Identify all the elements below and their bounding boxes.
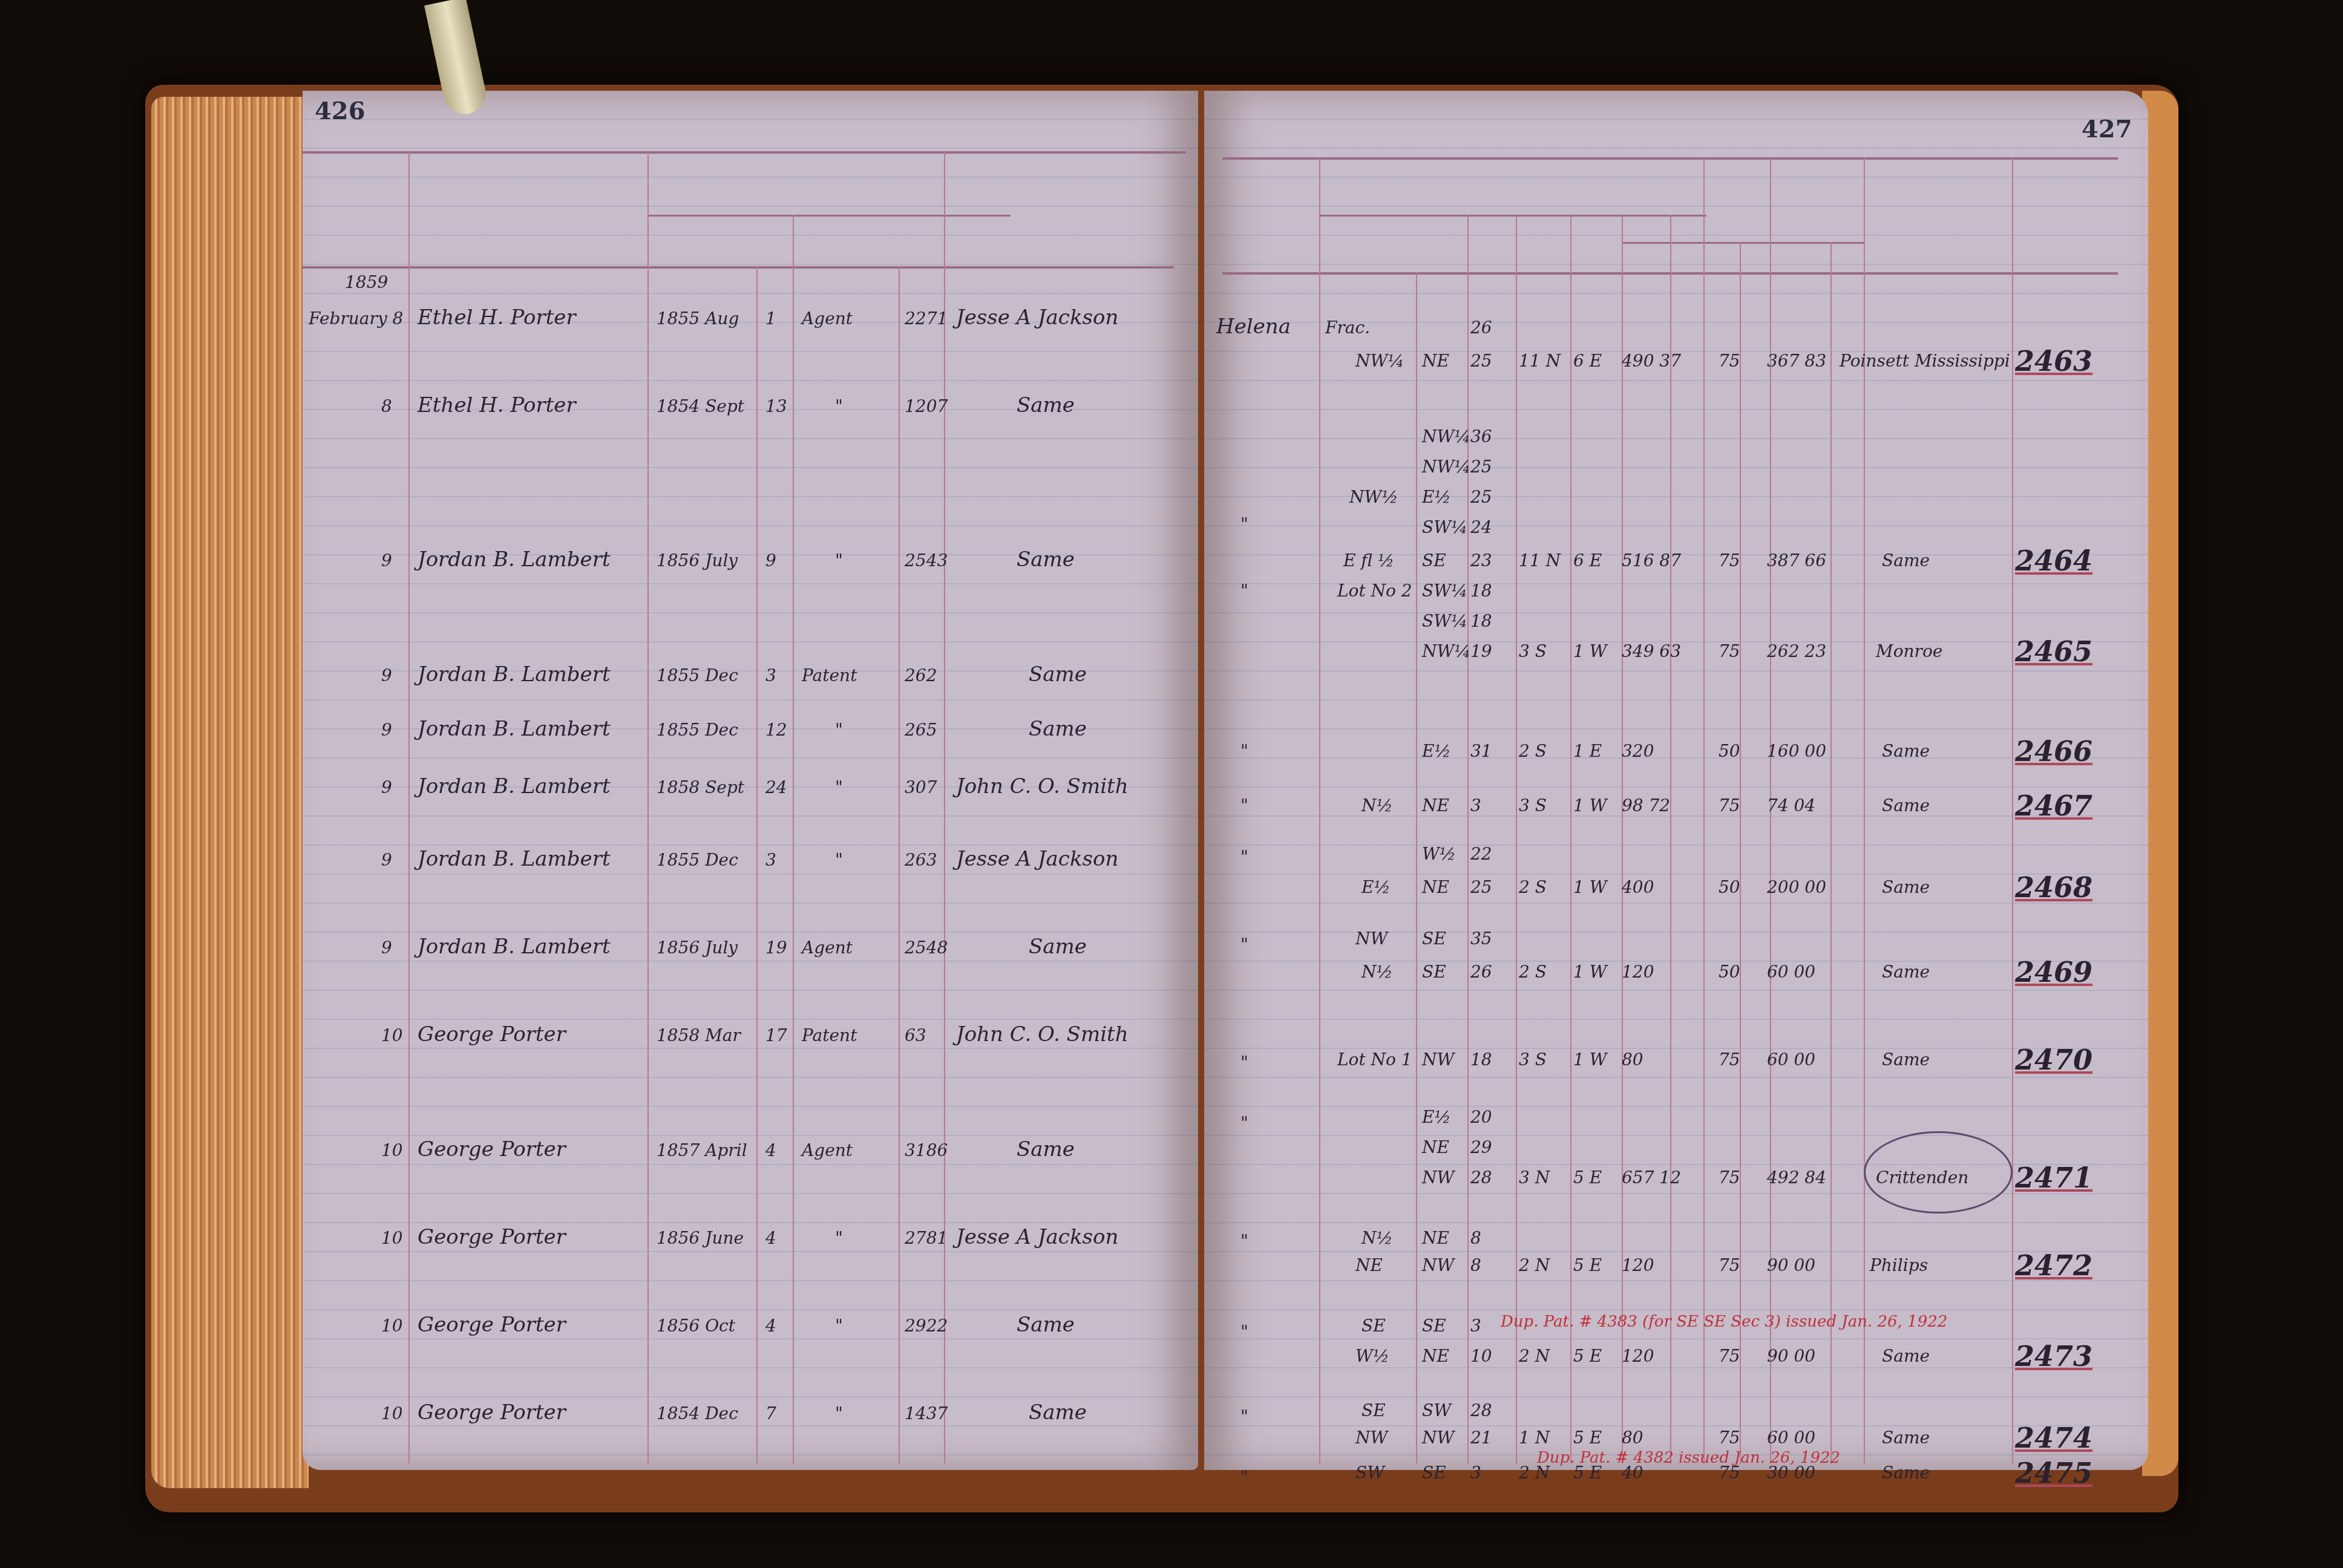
- witness: Same: [1029, 1400, 1087, 1425]
- column-rule: [1670, 215, 1671, 1464]
- quarter: SW¼: [1422, 611, 1467, 631]
- part: E fl ½: [1343, 550, 1394, 570]
- tract-number: 2475: [2015, 1457, 2092, 1489]
- quarter: NE: [1422, 877, 1449, 897]
- quarter: NW¼: [1422, 457, 1470, 477]
- section: 8: [1470, 1255, 1481, 1275]
- entry-by: ": [835, 550, 843, 570]
- entry-date: 10: [381, 1228, 403, 1248]
- section: 18: [1470, 581, 1492, 601]
- right-page: 427 Helena Frac. 26 NW¼ NE 25 11 N 6 E 4…: [1204, 91, 2148, 1470]
- acres: 657 12: [1622, 1168, 1681, 1187]
- rate: 75: [1719, 1050, 1740, 1070]
- entry-date: 9: [381, 550, 392, 570]
- entry-year-month: 1856 July: [657, 938, 738, 958]
- township: 3 N: [1519, 1168, 1550, 1187]
- entry-day: 19: [765, 938, 787, 958]
- part: Lot No 1: [1337, 1050, 1412, 1070]
- section: 3: [1470, 1463, 1481, 1483]
- entry-number: 2781: [905, 1228, 948, 1248]
- witness: John C. O. Smith: [956, 774, 1129, 799]
- quarter: NE: [1422, 1346, 1449, 1366]
- land-office: ": [1240, 1467, 1248, 1487]
- entry-year-month: 1858 Sept: [657, 777, 744, 797]
- entry-date: February 8: [309, 309, 403, 328]
- entry-day: 17: [765, 1025, 787, 1045]
- witness: Same: [1017, 1313, 1075, 1337]
- tract-number: 2467: [2015, 789, 2092, 822]
- quarter: NE: [1422, 1228, 1449, 1248]
- county: Monroe: [1876, 641, 1942, 661]
- tract-number: 2472: [2015, 1249, 2092, 1282]
- part: NW¼: [1355, 351, 1404, 371]
- section: 20: [1470, 1107, 1492, 1127]
- part: SE: [1362, 1316, 1386, 1336]
- quarter: SE: [1422, 1316, 1446, 1336]
- entry-date: 9: [381, 720, 392, 740]
- quarter: NE: [1422, 795, 1449, 815]
- quarter: SW¼: [1422, 581, 1467, 601]
- acres: 120: [1622, 1255, 1654, 1275]
- range: 6 E: [1573, 550, 1602, 570]
- entry-date: 9: [381, 777, 392, 797]
- part: NW½: [1349, 487, 1398, 507]
- tract-number: 2463: [2015, 345, 2092, 377]
- section: 24: [1470, 517, 1492, 537]
- section: 25: [1470, 877, 1492, 897]
- quarter: NW: [1422, 1428, 1454, 1448]
- quarter: NW: [1422, 1168, 1454, 1187]
- county: Same: [1882, 1463, 1930, 1483]
- entry-day: 3: [765, 665, 776, 685]
- entry-by: ": [835, 396, 843, 416]
- entry-number: 307: [905, 777, 937, 797]
- header-rule-top: [1222, 157, 2118, 160]
- column-rule: [1319, 157, 1320, 1464]
- part: N½: [1362, 795, 1393, 815]
- land-office: ": [1240, 795, 1248, 815]
- column-rule: [1570, 215, 1571, 1464]
- column-rule: [1467, 215, 1469, 1464]
- acres: 80: [1622, 1428, 1643, 1448]
- witness: Jesse A Jackson: [956, 847, 1118, 871]
- amount: 200 00: [1767, 877, 1826, 897]
- entrant-name: Ethel H. Porter: [418, 305, 576, 330]
- quarter: E½: [1422, 1107, 1451, 1127]
- section: 28: [1470, 1400, 1492, 1420]
- rate: 75: [1719, 550, 1740, 570]
- quarter: NW¼: [1422, 641, 1470, 661]
- section: 28: [1470, 1168, 1492, 1187]
- quarter: SE: [1422, 1463, 1446, 1483]
- amount: 387 66: [1767, 550, 1826, 570]
- township: 2 S: [1519, 877, 1547, 897]
- amount: 492 84: [1767, 1168, 1826, 1187]
- amount: 60 00: [1767, 1428, 1815, 1448]
- quarter: NW: [1422, 1050, 1454, 1070]
- township: 2 S: [1519, 741, 1547, 761]
- header-rule-top: [303, 151, 1186, 154]
- range: 1 W: [1573, 1050, 1607, 1070]
- red-annotation: Dup. Pat. # 4383 (for SE SE Sec 3) issue…: [1501, 1313, 1947, 1331]
- quarter: SW¼: [1422, 517, 1467, 537]
- county: Crittenden: [1876, 1168, 1968, 1187]
- header-rule-mid: [1319, 215, 1706, 217]
- entry-by: Agent: [802, 1140, 853, 1160]
- left-page: 426 1859 February 8 Ethel H. Porter 1855…: [303, 91, 1198, 1470]
- entrant-name: Jordan B. Lambert: [418, 662, 611, 687]
- entry-by: Agent: [802, 938, 853, 958]
- witness: Same: [1029, 662, 1087, 687]
- part: NE: [1355, 1255, 1383, 1275]
- entry-number: 265: [905, 720, 937, 740]
- quarter: NE: [1422, 351, 1449, 371]
- section: 31: [1470, 741, 1492, 761]
- column-rule: [408, 151, 410, 1464]
- amount: 262 23: [1767, 641, 1826, 661]
- quarter: SE: [1422, 962, 1446, 982]
- year-heading: 1859: [345, 272, 388, 292]
- acres: 490 37: [1622, 351, 1681, 371]
- entry-number: 63: [905, 1025, 926, 1045]
- range: 1 W: [1573, 962, 1607, 982]
- witness: Same: [1029, 935, 1087, 959]
- entry-by: ": [835, 1403, 843, 1423]
- tract-number: 2466: [2015, 735, 2092, 768]
- entry-day: 4: [765, 1316, 776, 1336]
- entrant-name: Jordan B. Lambert: [418, 717, 611, 741]
- section: 23: [1470, 550, 1492, 570]
- section: 36: [1470, 426, 1492, 446]
- land-office: ": [1240, 514, 1248, 534]
- amount: 160 00: [1767, 741, 1826, 761]
- entry-day: 1: [765, 309, 776, 328]
- entry-year-month: 1855 Dec: [657, 720, 738, 740]
- quarter: E½: [1422, 487, 1451, 507]
- tract-number: 2474: [2015, 1422, 2092, 1454]
- entrant-name: Jordan B. Lambert: [418, 935, 611, 959]
- county: Same: [1882, 550, 1930, 570]
- witness: Same: [1017, 1137, 1075, 1161]
- entry-day: 4: [765, 1140, 776, 1160]
- section: 35: [1470, 929, 1492, 949]
- range: 6 E: [1573, 351, 1602, 371]
- entry-by: ": [835, 720, 843, 740]
- page-edges-left: [151, 97, 309, 1488]
- section: 26: [1470, 962, 1492, 982]
- column-rule: [1416, 272, 1417, 1464]
- land-office: ": [1240, 1322, 1248, 1342]
- witness: Jesse A Jackson: [956, 1225, 1118, 1249]
- section: 19: [1470, 641, 1492, 661]
- section: 22: [1470, 844, 1492, 864]
- township: 2 N: [1519, 1463, 1550, 1483]
- entry-year-month: 1855 Dec: [657, 665, 738, 685]
- acres: 400: [1622, 877, 1654, 897]
- entry-number: 1207: [905, 396, 948, 416]
- range: 1 W: [1573, 795, 1607, 815]
- column-rule: [944, 151, 945, 1464]
- land-office: ": [1240, 1406, 1248, 1426]
- entry-by: Agent: [802, 309, 853, 328]
- entry-year-month: 1854 Sept: [657, 396, 744, 416]
- entrant-name: George Porter: [418, 1313, 566, 1337]
- entry-date: 9: [381, 938, 392, 958]
- acres: 40: [1622, 1463, 1643, 1483]
- land-office: Helena: [1216, 315, 1291, 339]
- section: 3: [1470, 1316, 1481, 1336]
- header-rule-mid: [647, 215, 1011, 217]
- entry-number: 1437: [905, 1403, 948, 1423]
- township: 3 S: [1519, 795, 1547, 815]
- part: SW: [1355, 1463, 1384, 1483]
- entrant-name: Ethel H. Porter: [418, 393, 576, 417]
- page-number-left: 426: [315, 97, 365, 125]
- county: Same: [1882, 1050, 1930, 1070]
- section: 3: [1470, 795, 1481, 815]
- county: Same: [1882, 962, 1930, 982]
- column-rule: [899, 266, 900, 1464]
- entry-year-month: 1855 Dec: [657, 850, 738, 870]
- township: 2 N: [1519, 1346, 1550, 1366]
- column-rule: [793, 215, 794, 1464]
- township: 2 S: [1519, 962, 1547, 982]
- township: 3 S: [1519, 641, 1547, 661]
- entry-date: 8: [381, 396, 392, 416]
- range: 5 E: [1573, 1255, 1602, 1275]
- entry-number: 263: [905, 850, 937, 870]
- rate: 75: [1719, 1168, 1740, 1187]
- range: 5 E: [1573, 1463, 1602, 1483]
- section: 8: [1470, 1228, 1481, 1248]
- part: N½: [1362, 1228, 1393, 1248]
- range: 1 E: [1573, 741, 1602, 761]
- amount: 74 04: [1767, 795, 1815, 815]
- entry-year-month: 1856 July: [657, 550, 738, 570]
- entry-date: 10: [381, 1403, 403, 1423]
- acres: 120: [1622, 1346, 1654, 1366]
- column-rule: [756, 266, 758, 1464]
- part: Frac.: [1325, 318, 1370, 338]
- section: 25: [1470, 457, 1492, 477]
- township: 1 N: [1519, 1428, 1550, 1448]
- entrant-name: George Porter: [418, 1225, 566, 1249]
- quarter: E½: [1422, 741, 1451, 761]
- section: 25: [1470, 487, 1492, 507]
- entry-day: 13: [765, 396, 787, 416]
- section: 26: [1470, 318, 1492, 338]
- section: 25: [1470, 351, 1492, 371]
- quarter: SE: [1422, 929, 1446, 949]
- entry-by: ": [835, 1228, 843, 1248]
- quarter: NE: [1422, 1137, 1449, 1157]
- entry-by: Patent: [802, 665, 857, 685]
- entry-year-month: 1857 April: [657, 1140, 747, 1160]
- witness: Jesse A Jackson: [956, 305, 1118, 330]
- rate: 75: [1719, 1346, 1740, 1366]
- column-rule: [1740, 242, 1741, 1464]
- county: Same: [1882, 1428, 1930, 1448]
- land-office: ": [1240, 1113, 1248, 1133]
- entry-by: ": [835, 1316, 843, 1336]
- header-rule-sub: [1622, 242, 1864, 244]
- entry-day: 9: [765, 550, 776, 570]
- page-number-right: 427: [2082, 115, 2132, 143]
- part: Lot No 2: [1337, 581, 1412, 601]
- entrant-name: Jordan B. Lambert: [418, 774, 611, 799]
- amount: 60 00: [1767, 962, 1815, 982]
- entrant-name: Jordan B. Lambert: [418, 847, 611, 871]
- entrant-name: George Porter: [418, 1022, 566, 1047]
- part: SE: [1362, 1400, 1386, 1420]
- acres: 320: [1622, 741, 1654, 761]
- entry-day: 4: [765, 1228, 776, 1248]
- part: NW: [1355, 1428, 1388, 1448]
- entry-date: 9: [381, 665, 392, 685]
- land-office: ": [1240, 1053, 1248, 1073]
- tract-number: 2473: [2015, 1340, 2092, 1373]
- section: 10: [1470, 1346, 1492, 1366]
- land-office: ": [1240, 1231, 1248, 1251]
- range: 5 E: [1573, 1346, 1602, 1366]
- column-rule: [1830, 242, 1832, 1464]
- column-rule: [1703, 157, 1705, 1464]
- quarter: W½: [1422, 844, 1456, 864]
- entry-year-month: 1858 Mar: [657, 1025, 741, 1045]
- entry-day: 7: [765, 1403, 776, 1423]
- entry-number: 2543: [905, 550, 948, 570]
- entry-date: 10: [381, 1140, 403, 1160]
- tract-number: 2471: [2015, 1161, 2092, 1194]
- part: W½: [1355, 1346, 1389, 1366]
- entry-day: 24: [765, 777, 787, 797]
- rate: 75: [1719, 1428, 1740, 1448]
- range: 1 W: [1573, 877, 1607, 897]
- entry-day: 3: [765, 850, 776, 870]
- township: 11 N: [1519, 550, 1561, 570]
- column-rule: [1622, 215, 1623, 1464]
- county: Same: [1882, 741, 1930, 761]
- amount: 367 83: [1767, 351, 1826, 371]
- amount: 30 00: [1767, 1463, 1815, 1483]
- range: 1 W: [1573, 641, 1607, 661]
- entry-number: 2922: [905, 1316, 948, 1336]
- rate: 50: [1719, 962, 1740, 982]
- witness: John C. O. Smith: [956, 1022, 1129, 1047]
- column-rule: [2012, 157, 2013, 1464]
- acres: 98 72: [1622, 795, 1670, 815]
- section: 18: [1470, 1050, 1492, 1070]
- quarter: NW: [1422, 1255, 1454, 1275]
- rate: 50: [1719, 877, 1740, 897]
- witness: Same: [1029, 717, 1087, 741]
- rate: 75: [1719, 351, 1740, 371]
- acres: 120: [1622, 962, 1654, 982]
- county: Philips: [1870, 1255, 1928, 1275]
- tract-number: 2465: [2015, 635, 2092, 668]
- county: Same: [1882, 877, 1930, 897]
- township: 11 N: [1519, 351, 1561, 371]
- acres: 349 63: [1622, 641, 1681, 661]
- entry-number: 3186: [905, 1140, 948, 1160]
- county: Same: [1882, 795, 1930, 815]
- quarter: SE: [1422, 550, 1446, 570]
- county: Same: [1882, 1346, 1930, 1366]
- entry-date: 9: [381, 850, 392, 870]
- entry-by: ": [835, 850, 843, 870]
- entry-number: 2271: [905, 309, 948, 328]
- land-office: ": [1240, 581, 1248, 601]
- entry-by: Patent: [802, 1025, 857, 1045]
- entry-by: ": [835, 777, 843, 797]
- rate: 75: [1719, 641, 1740, 661]
- acres: 80: [1622, 1050, 1643, 1070]
- land-office: ": [1240, 847, 1248, 867]
- entry-number: 2548: [905, 938, 948, 958]
- entry-day: 12: [765, 720, 787, 740]
- land-office: ": [1240, 741, 1248, 761]
- range: 5 E: [1573, 1168, 1602, 1187]
- section: 21: [1470, 1428, 1492, 1448]
- column-rule: [1516, 215, 1517, 1464]
- entry-year-month: 1855 Aug: [657, 309, 739, 328]
- rate: 75: [1719, 1255, 1740, 1275]
- tract-number: 2470: [2015, 1044, 2092, 1076]
- entrant-name: Jordan B. Lambert: [418, 547, 611, 572]
- part: N½: [1362, 962, 1393, 982]
- part: E½: [1362, 877, 1391, 897]
- entry-year-month: 1854 Dec: [657, 1403, 738, 1423]
- township: 3 S: [1519, 1050, 1547, 1070]
- entry-date: 10: [381, 1025, 403, 1045]
- amount: 60 00: [1767, 1050, 1815, 1070]
- header-rule-bottom: [303, 266, 1174, 269]
- rate: 50: [1719, 741, 1740, 761]
- witness: Same: [1017, 547, 1075, 572]
- section: 29: [1470, 1137, 1492, 1157]
- tract-number: 2464: [2015, 544, 2092, 577]
- entry-number: 262: [905, 665, 937, 685]
- entry-year-month: 1856 June: [657, 1228, 744, 1248]
- tract-number: 2469: [2015, 956, 2092, 988]
- rate: 75: [1719, 795, 1740, 815]
- range: 5 E: [1573, 1428, 1602, 1448]
- tract-number: 2468: [2015, 871, 2092, 904]
- witness: Same: [1017, 393, 1075, 417]
- entry-date: 10: [381, 1316, 403, 1336]
- entrant-name: George Porter: [418, 1400, 566, 1425]
- amount: 90 00: [1767, 1346, 1815, 1366]
- quarter: NW¼: [1422, 426, 1470, 446]
- part: NW: [1355, 929, 1388, 949]
- entry-year-month: 1856 Oct: [657, 1316, 735, 1336]
- section: 18: [1470, 611, 1492, 631]
- township: 2 N: [1519, 1255, 1550, 1275]
- entrant-name: George Porter: [418, 1137, 566, 1161]
- land-office: ": [1240, 935, 1248, 955]
- quarter: SW: [1422, 1400, 1451, 1420]
- amount: 90 00: [1767, 1255, 1815, 1275]
- acres: 516 87: [1622, 550, 1681, 570]
- column-rule: [647, 151, 649, 1464]
- rate: 75: [1719, 1463, 1740, 1483]
- county: Poinsett Mississippi: [1840, 351, 2010, 371]
